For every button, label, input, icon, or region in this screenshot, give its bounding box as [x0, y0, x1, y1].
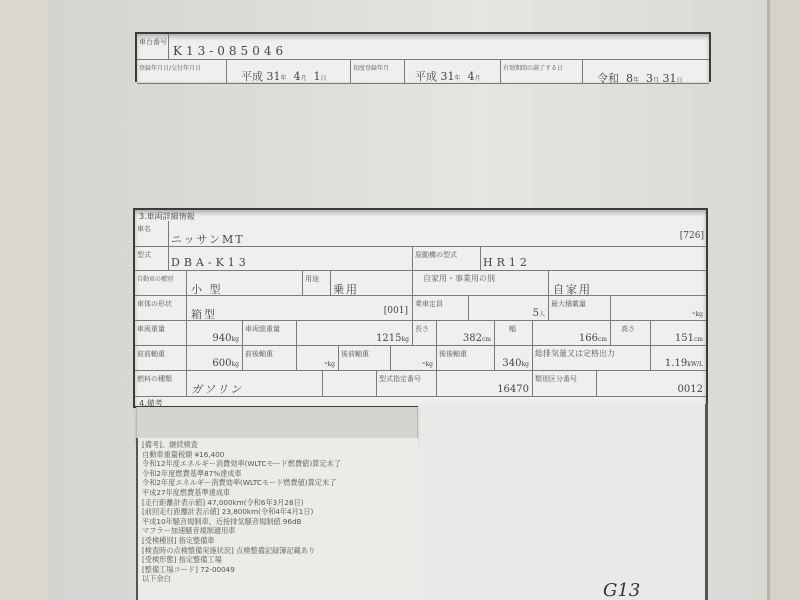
model-field: DBA-K13 — [169, 247, 413, 271]
remarks-line: 平成10年騒音規制車、近接排気騒音規制値 96dB — [142, 517, 414, 527]
chassis-number-label: 車台番号 — [137, 34, 169, 60]
max-load-label: 最大積載量 — [549, 296, 611, 321]
remarks-line: [備考]、継続検査 — [142, 440, 414, 450]
rear-front-axle-label: 後前軸重 — [339, 346, 391, 371]
remarks-line: [受検形態] 指定整備工場 — [142, 555, 414, 565]
top-window: 車台番号 K13-085046 登録年月日/交付年月日 平成 31年 4月 1日… — [135, 32, 711, 82]
remarks-line: マフラー加速騒音規制適用車 — [142, 526, 414, 536]
vehicle-name-label: 車名 — [135, 221, 169, 247]
displacement-field: 1.19kW/L — [651, 346, 706, 371]
fuel-extra — [323, 371, 377, 397]
usage-field: 乗用 — [331, 271, 413, 296]
private-business-field: 自家用 — [549, 271, 706, 296]
remarks-line: 以下余白 — [142, 574, 414, 584]
remarks-line: 令和2年度エネルギー消費効率(WLTCモード燃費値)算定未了 — [142, 478, 414, 488]
body-shape-label: 車体の形状 — [135, 296, 187, 321]
displacement-label: 総排気量又は定格出力 — [533, 346, 651, 371]
vehicle-weight-label: 車両重量 — [135, 321, 187, 346]
width-field: 166cm — [533, 321, 611, 346]
height-label: 高さ — [611, 321, 651, 346]
type-designation-label: 型式指定番号 — [377, 371, 437, 397]
remarks-line: 令和2年度燃費基準87%達成車 — [142, 469, 414, 479]
rear-front-axle-field: -kg — [391, 346, 437, 371]
remarks-line: [整備工場コード] 72-00049 — [142, 565, 414, 575]
rear-rear-axle-label: 後後軸重 — [437, 346, 495, 371]
expiry-label: 有効期間の満了する日 — [501, 60, 583, 84]
front-rear-axle-label: 前後軸重 — [243, 346, 297, 371]
front-front-axle-field: 600kg — [187, 346, 243, 371]
registration-date-value: 平成 31年 4月 1日 — [227, 60, 351, 84]
registration-date-label: 登録年月日/交付年月日 — [137, 60, 227, 84]
engine-model-label: 原動機の型式 — [413, 247, 481, 271]
length-label: 長さ — [413, 321, 437, 346]
capacity-field: 5人 — [469, 296, 549, 321]
body-shape-field: 箱型 [001] — [187, 296, 413, 321]
remarks-line: [前回走行距離計表示値] 23,800km(令和4年4月1日) — [142, 507, 414, 517]
first-registration-label: 初度登録年月 — [351, 60, 405, 84]
private-business-label: 自家用・事業用の別 — [413, 271, 549, 296]
remarks-line: 自動車重量税額 ¥16,400 — [142, 450, 414, 460]
remarks-line: 平成27年度燃費基準達成車 — [142, 488, 414, 498]
remarks-line: [検査時の点検整備実施状況] 点検整備記録簿記載あり — [142, 546, 414, 556]
vehicle-type-field: 小 型 — [187, 271, 303, 296]
handwritten-note: G13 — [603, 580, 640, 600]
fuel-label: 燃料の種類 — [135, 371, 187, 397]
expiry-value: 令和 8年 3月 31日 — [583, 60, 709, 84]
vehicle-weight-field: 940kg — [187, 321, 243, 346]
detail-window: 3.車両詳細情報 車名 ニッサンMT [726] 型式 DBA-K13 原動機の… — [133, 208, 708, 408]
vehicle-name-field: ニッサンMT [726] — [169, 221, 706, 247]
category-label: 類別区分番号 — [533, 371, 597, 397]
model-label: 型式 — [135, 247, 169, 271]
usage-label: 用途 — [303, 271, 331, 296]
gross-weight-field: 1215kg — [297, 321, 413, 346]
front-rear-axle-field: -kg — [297, 346, 339, 371]
remarks-line: [走行距離計表示値] 47,000km(令和6年3月28日) — [142, 498, 414, 508]
width-label: 幅 — [495, 321, 533, 346]
background-wall-left — [0, 0, 48, 600]
engine-model-field: HR12 — [481, 247, 706, 271]
rear-rear-axle-field: 340kg — [495, 346, 533, 371]
lower-paper-right — [418, 404, 708, 600]
type-designation-field: 16470 — [437, 371, 533, 397]
front-front-axle-label: 前前軸重 — [135, 346, 187, 371]
max-load-field: -kg — [611, 296, 706, 321]
remarks-line: 令和12年度エネルギー消費効率(WLTCモード燃費値)算定未了 — [142, 459, 414, 469]
remarks-block: [備考]、継続検査自動車重量税額 ¥16,400令和12年度エネルギー消費効率(… — [136, 438, 418, 600]
vehicle-type-label: 自動車の種別 — [135, 271, 187, 296]
gross-weight-label: 車両総重量 — [243, 321, 297, 346]
first-registration-value: 平成 31年 4月 — [405, 60, 501, 84]
category-field: 0012 — [597, 371, 706, 397]
height-field: 151cm — [651, 321, 706, 346]
fuel-field: ガソリン — [187, 371, 323, 397]
capacity-label: 乗車定員 — [413, 296, 469, 321]
background-wall-right — [768, 0, 800, 600]
remarks-line: [受検種別] 指定整備車 — [142, 536, 414, 546]
length-field: 382cm — [437, 321, 495, 346]
chassis-number-field: K13-085046 — [169, 34, 709, 60]
